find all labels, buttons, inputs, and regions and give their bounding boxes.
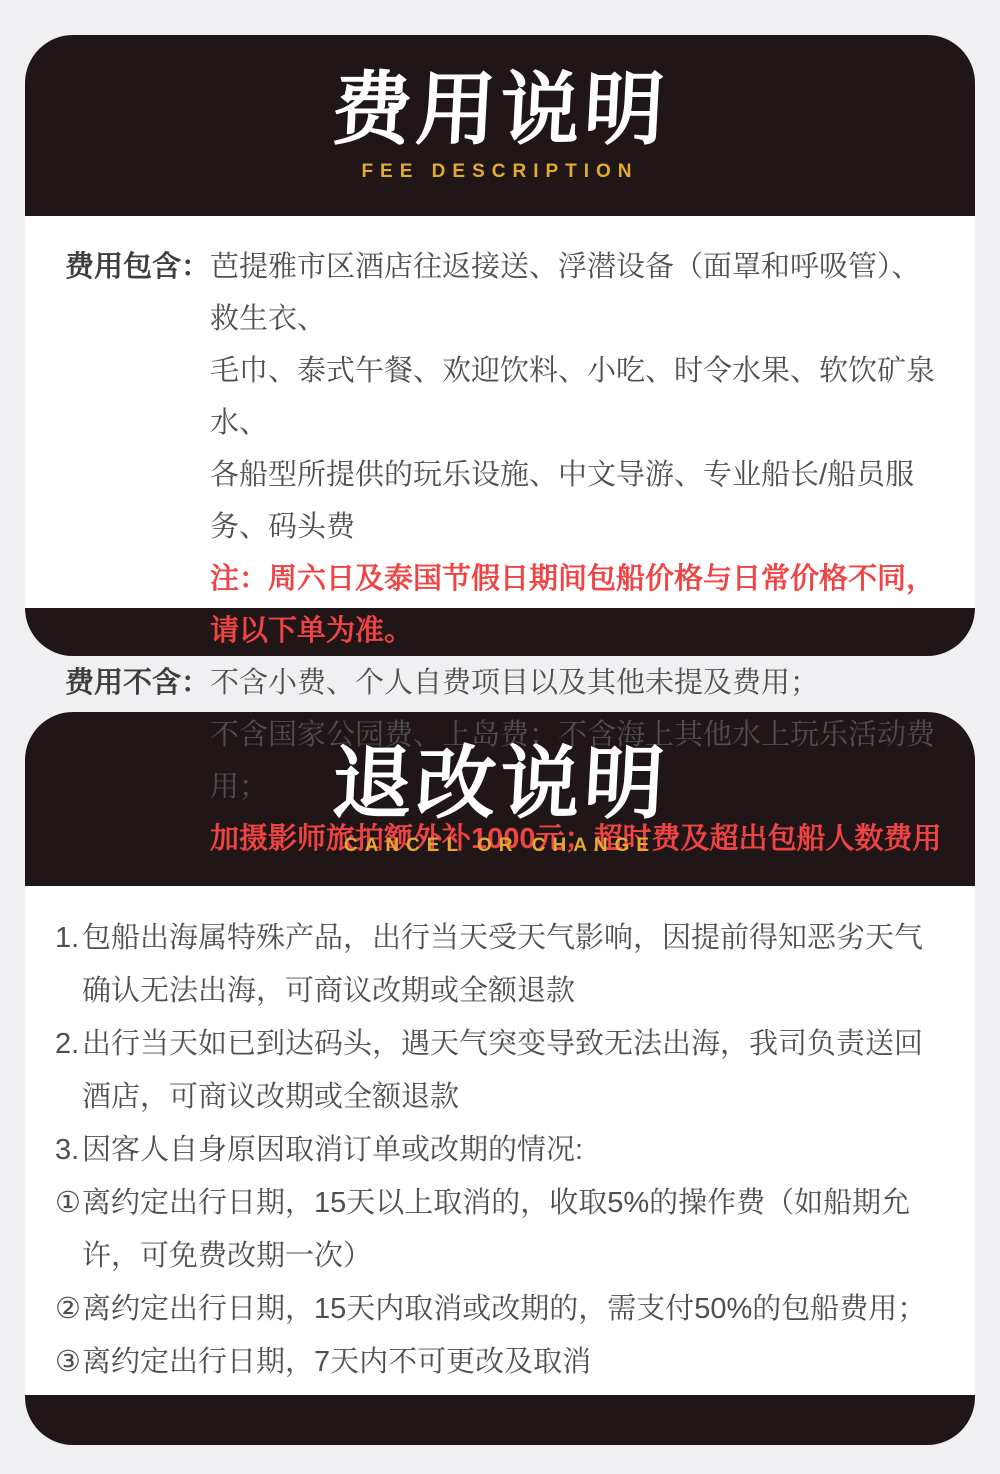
- policy-item-marker: ②: [55, 1283, 82, 1336]
- fee-include-line: 各船型所提供的玩乐设施、中文导游、专业船长/船员服务、码头费: [210, 449, 947, 553]
- policy-item-marker: 2.: [55, 1018, 82, 1124]
- policy-item-text: 离约定出行日期，7天内不可更改及取消: [82, 1336, 945, 1389]
- fee-section-header: 费用说明 FEE DESCRIPTION: [25, 35, 975, 216]
- cancel-section-footer-band: [25, 1395, 975, 1445]
- fee-include-line: 芭提雅市区酒店往返接送、浮潜设备（面罩和呼吸管）、救生衣、: [210, 241, 947, 345]
- fee-include-label: 费用包含：: [65, 241, 210, 657]
- policy-item: ③ 离约定出行日期，7天内不可更改及取消: [55, 1336, 945, 1389]
- fee-exclude-line: 不含小费、个人自费项目以及其他未提及费用；: [210, 657, 947, 709]
- policy-item: 1. 包船出海属特殊产品，出行当天受天气影响，因提前得知恶劣天气确认无法出海，可…: [55, 912, 945, 1018]
- fee-and-cancel-page: 费用说明 FEE DESCRIPTION 费用包含： 芭提雅市区酒店往返接送、浮…: [0, 0, 1000, 1474]
- cancel-section-subtitle: CANCEL OR CHANGE: [344, 836, 656, 855]
- cancel-section-title: 退改说明: [330, 744, 670, 824]
- policy-item: 2. 出行当天如已到达码头，遇天气突变导致无法出海，我司负责送回酒店，可商议改期…: [55, 1018, 945, 1124]
- policy-item: ① 离约定出行日期，15天以上取消的，收取5%的操作费（如船期允许，可免费改期一…: [55, 1177, 945, 1283]
- fee-include-line: 毛巾、泰式午餐、欢迎饮料、小吃、时令水果、软饮矿泉水、: [210, 345, 947, 449]
- policy-item: ② 离约定出行日期，15天内取消或改期的，需支付50%的包船费用；: [55, 1283, 945, 1336]
- fee-section-subtitle: FEE DESCRIPTION: [361, 162, 638, 181]
- fee-section-body: 费用包含： 芭提雅市区酒店往返接送、浮潜设备（面罩和呼吸管）、救生衣、 毛巾、泰…: [25, 216, 975, 608]
- policy-item-text: 离约定出行日期，15天以上取消的，收取5%的操作费（如船期允许，可免费改期一次）: [82, 1177, 945, 1283]
- policy-item-marker: 1.: [55, 912, 82, 1018]
- fee-include-row: 费用包含： 芭提雅市区酒店往返接送、浮潜设备（面罩和呼吸管）、救生衣、 毛巾、泰…: [65, 241, 947, 657]
- policy-item-marker: ③: [55, 1336, 82, 1389]
- policy-item-text: 出行当天如已到达码头，遇天气突变导致无法出海，我司负责送回酒店，可商议改期或全额…: [82, 1018, 945, 1124]
- policy-item-text: 因客人自身原因取消订单或改期的情况:: [82, 1124, 945, 1177]
- fee-include-note: 注：周六日及泰国节假日期间包船价格与日常价格不同，请以下单为准。: [210, 553, 947, 657]
- fee-section-title: 费用说明: [330, 70, 670, 150]
- policy-item-text: 包船出海属特殊产品，出行当天受天气影响，因提前得知恶劣天气确认无法出海，可商议改…: [82, 912, 945, 1018]
- fee-include-content: 芭提雅市区酒店往返接送、浮潜设备（面罩和呼吸管）、救生衣、 毛巾、泰式午餐、欢迎…: [210, 241, 947, 657]
- policy-item: 3. 因客人自身原因取消订单或改期的情况:: [55, 1124, 945, 1177]
- policy-item-text: 离约定出行日期，15天内取消或改期的，需支付50%的包船费用；: [82, 1283, 945, 1336]
- cancel-section-body: 1. 包船出海属特殊产品，出行当天受天气影响，因提前得知恶劣天气确认无法出海，可…: [25, 886, 975, 1395]
- policy-item-marker: 3.: [55, 1124, 82, 1177]
- policy-item-marker: ①: [55, 1177, 82, 1283]
- fee-exclude-label: 费用不含：: [65, 657, 210, 865]
- fee-section: 费用说明 FEE DESCRIPTION 费用包含： 芭提雅市区酒店往返接送、浮…: [25, 35, 975, 656]
